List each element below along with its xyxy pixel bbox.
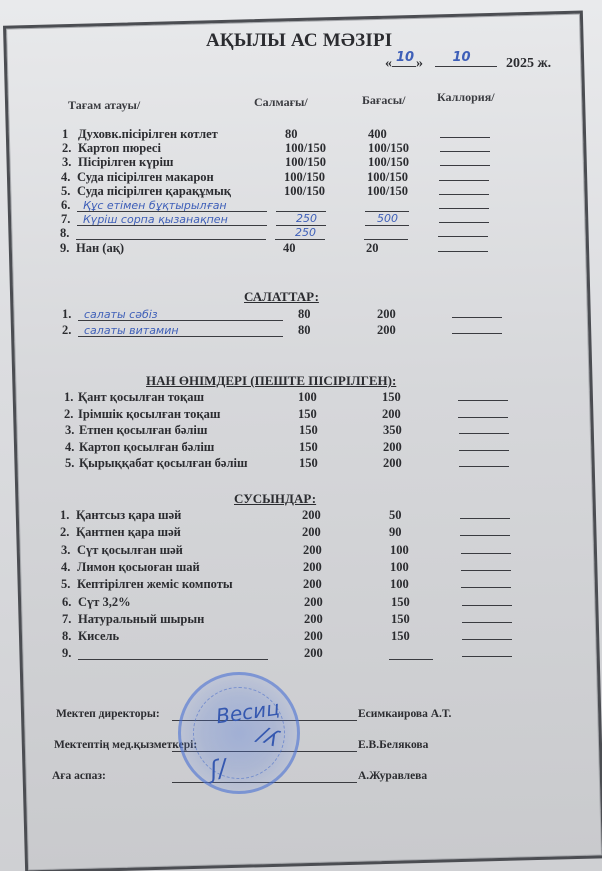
dish-name: Қантсыз қара шәй — [76, 508, 181, 523]
dish-weight: 100/150 — [285, 155, 326, 170]
salads-section-title: САЛАТТАР: — [244, 289, 319, 305]
column-header-price: Бағасы/ — [362, 93, 405, 108]
dish-price: 200 — [377, 307, 396, 322]
calories-blank-line — [458, 417, 508, 418]
price-blank-line — [365, 225, 409, 226]
row-number: 7. — [61, 212, 70, 227]
dish-price: 200 — [377, 323, 396, 338]
calories-blank-line — [461, 570, 511, 571]
dish-weight: 80 — [285, 127, 298, 142]
row-number: 2. — [64, 407, 73, 422]
date-close-quote: » — [416, 56, 423, 71]
row-number: 2. — [62, 323, 71, 338]
dish-name: Пісірілген күріш — [78, 155, 173, 170]
dish-name: Сүт қосылған шәй — [77, 543, 183, 558]
dish-name: Кептірілген жеміс компоты — [77, 577, 233, 592]
dish-name: Қант қосылған тоқаш — [78, 390, 204, 405]
dish-weight: 250 — [296, 212, 317, 225]
dish-price: 150 — [382, 390, 401, 405]
row-number: 3. — [62, 155, 71, 170]
dish-name: Картоп пюресі — [78, 141, 161, 156]
calories-blank-line — [459, 433, 509, 434]
dish-name: Кисель — [78, 629, 119, 644]
name-blank-line — [77, 225, 267, 226]
dish-name: Суда пісірілген макарон — [77, 170, 214, 185]
calories-blank-line — [439, 180, 489, 181]
column-header-weight: Салмағы/ — [254, 95, 308, 110]
dish-name: Духовк.пісірілген котлет — [78, 127, 218, 142]
dish-name: Етпен қосылған бәліш — [79, 423, 207, 438]
dish-name: Қырыққабат қосылған бәліш — [79, 456, 248, 471]
dish-name: Ірімшік қосылған тоқаш — [78, 407, 220, 422]
dish-weight: 150 — [299, 423, 318, 438]
dish-name: Қантпен қара шәй — [76, 525, 181, 540]
row-number: 5. — [61, 184, 70, 199]
name-blank-line — [78, 320, 283, 321]
row-number: 1. — [64, 390, 73, 405]
signature-name: Есимкаирова А.Т. — [358, 708, 451, 720]
dish-weight: 200 — [303, 543, 322, 558]
row-number: 5. — [65, 456, 74, 471]
calories-blank-line — [462, 639, 512, 640]
row-number: 3. — [65, 423, 74, 438]
dish-price: 150 — [391, 629, 410, 644]
name-blank-line — [78, 336, 283, 337]
dish-weight: 80 — [298, 323, 311, 338]
calories-blank-line — [452, 317, 502, 318]
calories-blank-line — [439, 222, 489, 223]
dish-weight: 200 — [304, 629, 323, 644]
dish-name: Лимон қосыоған шай — [77, 560, 200, 575]
column-header-calories: Каллория/ — [437, 90, 495, 105]
calories-blank-line — [440, 151, 490, 152]
calories-blank-line — [458, 400, 508, 401]
dish-name: Нан (ақ) — [76, 241, 124, 256]
row-number: 7. — [62, 612, 71, 627]
row-number: 1. — [60, 508, 69, 523]
row-number: 8. — [60, 226, 69, 241]
signature-role: Мектептің мед.қызметкері: — [54, 739, 197, 751]
day-field: 10 — [392, 56, 416, 67]
drinks-section-title: СУСЫНДАР: — [234, 491, 316, 507]
dish-price: 100/150 — [367, 170, 408, 185]
dish-price: 150 — [391, 612, 410, 627]
date-open-quote: « — [385, 56, 392, 71]
dish-weight: 100/150 — [284, 184, 325, 199]
dish-weight: 150 — [299, 456, 318, 471]
document-title: АҚЫЛЫ АС МӘЗІРІ — [206, 30, 392, 52]
calories-blank-line — [440, 165, 490, 166]
dish-weight: 200 — [303, 560, 322, 575]
calories-blank-line — [462, 656, 512, 657]
dish-weight: 80 — [298, 307, 311, 322]
calories-blank-line — [452, 333, 502, 334]
dish-weight: 100 — [298, 390, 317, 405]
row-number: 6. — [61, 198, 70, 213]
calories-blank-line — [462, 622, 512, 623]
dish-name: Сүт 3,2% — [78, 595, 131, 610]
dish-price: 100 — [390, 577, 409, 592]
calories-blank-line — [461, 553, 511, 554]
row-number: 4. — [65, 440, 74, 455]
dish-price: 100 — [390, 560, 409, 575]
dish-name: Суда пісірілген қарақұмық — [77, 184, 231, 199]
year-text: 2025 ж. — [506, 56, 551, 71]
dish-price: 100/150 — [367, 184, 408, 199]
dish-price: 200 — [383, 456, 402, 471]
row-number: 9. — [62, 646, 71, 661]
dish-weight: 250 — [295, 226, 316, 239]
dish-price: 90 — [389, 525, 402, 540]
row-number: 2. — [62, 141, 71, 156]
calories-blank-line — [438, 236, 488, 237]
calories-blank-line — [438, 251, 488, 252]
column-header-name: Тағам атауы/ — [68, 98, 140, 113]
dish-price: 150 — [391, 595, 410, 610]
calories-blank-line — [439, 208, 489, 209]
name-blank-line — [78, 659, 268, 660]
date-line: «10» 10 2025 ж. — [385, 56, 551, 72]
bakery-section-title: НАН ӨНІМДЕРІ (ПЕШТЕ ПІСІРІЛГЕН): — [146, 373, 396, 389]
dish-price: 100/150 — [368, 141, 409, 156]
dish-price: 350 — [383, 423, 402, 438]
calories-blank-line — [459, 466, 509, 467]
row-number: 2. — [60, 525, 69, 540]
official-stamp — [178, 672, 300, 794]
dish-weight: 200 — [304, 646, 323, 661]
dish-weight: 150 — [298, 407, 317, 422]
month-field: 10 — [435, 56, 497, 67]
signature-name: А.Журавлева — [358, 770, 427, 782]
calories-blank-line — [459, 450, 509, 451]
signature-role: Аға аспаз: — [52, 770, 106, 782]
dish-price: 400 — [368, 127, 387, 142]
dish-weight: 100/150 — [284, 170, 325, 185]
calories-blank-line — [460, 535, 510, 536]
calories-blank-line — [440, 137, 490, 138]
row-number: 3. — [61, 543, 70, 558]
dish-weight: 200 — [302, 525, 321, 540]
name-blank-line — [77, 211, 267, 212]
dish-name: Картоп қосылған бәліш — [79, 440, 214, 455]
dish-weight: 40 — [283, 241, 296, 256]
dish-weight: 200 — [303, 577, 322, 592]
dish-price: 200 — [382, 407, 401, 422]
row-number: 4. — [61, 560, 70, 575]
dish-price: 50 — [389, 508, 402, 523]
row-number: 9. — [60, 241, 69, 256]
dish-weight: 100/150 — [285, 141, 326, 156]
dish-weight: 200 — [304, 595, 323, 610]
row-number: 8. — [62, 629, 71, 644]
dish-price: 100 — [390, 543, 409, 558]
calories-blank-line — [439, 194, 489, 195]
signature-name: Е.В.Белякова — [358, 739, 428, 751]
row-number: 6. — [62, 595, 71, 610]
calories-blank-line — [460, 518, 510, 519]
row-number: 5. — [61, 577, 70, 592]
row-number: 1. — [62, 307, 71, 322]
dish-weight: 150 — [299, 440, 318, 455]
dish-price: 20 — [366, 241, 379, 256]
dish-weight: 200 — [304, 612, 323, 627]
dish-price: 500 — [377, 212, 398, 225]
signature-role: Мектеп директоры: — [56, 708, 160, 720]
dish-price: 200 — [383, 440, 402, 455]
dish-name: Натуральный шырын — [78, 612, 204, 627]
dish-weight: 200 — [302, 508, 321, 523]
row-number: 4. — [61, 170, 70, 185]
row-number: 1 — [62, 127, 68, 142]
calories-blank-line — [461, 587, 511, 588]
dish-price: 100/150 — [368, 155, 409, 170]
price-blank-line — [389, 659, 433, 660]
calories-blank-line — [462, 605, 512, 606]
